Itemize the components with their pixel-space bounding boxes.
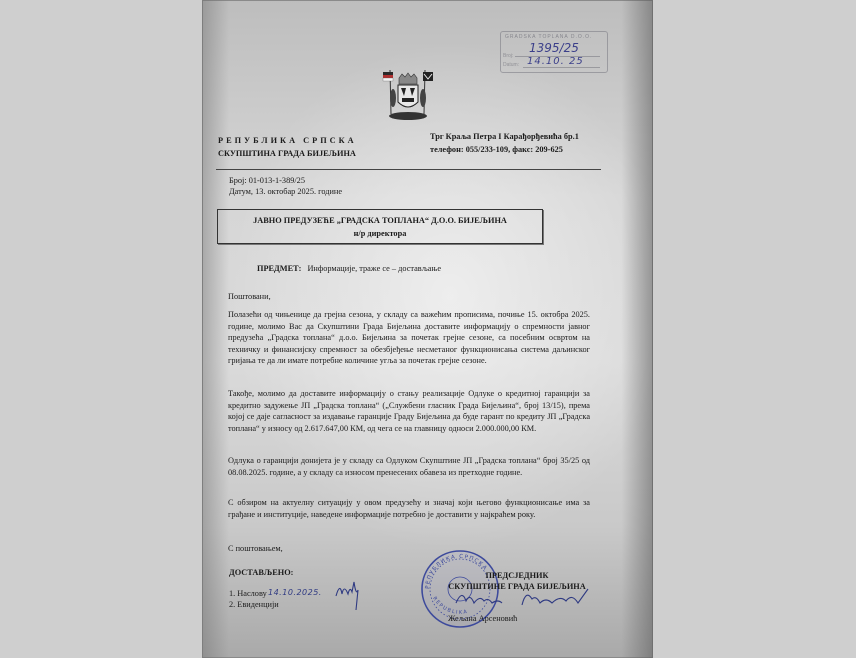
subject-line: ПРЕДМЕТ:Информације, тражe се – доставља…	[257, 264, 441, 273]
subject-text: Информације, тражe се – достављање	[307, 264, 441, 273]
signatory-name: Жељана Арсеновић	[448, 614, 517, 623]
assembly-name: СКУПШТИНА ГРАДА БИЈЕЉИНА	[218, 147, 357, 160]
handwritten-receipt-date: 14.10.2025.	[268, 588, 322, 597]
paragraph-4: С обзиром на актуелну ситуацију у овом п…	[228, 497, 590, 520]
greeting: Поштовани,	[228, 291, 590, 303]
stamp-line	[523, 67, 600, 68]
stamp-date-label: Datum:	[503, 62, 519, 68]
distribution-label: ДОСТАВЉЕНО:	[229, 568, 293, 577]
header-divider	[216, 169, 601, 170]
closing: С поштовањем,	[228, 543, 590, 555]
stamp-number: 1395/25	[529, 41, 579, 55]
letter-page: GRADSKA TOPLANA D.O.O. Broj: Datum: 1395…	[202, 0, 653, 658]
paragraph-1: Полазећи од чињенице да грејна сезона, у…	[228, 309, 590, 367]
subject-label: ПРЕДМЕТ:	[257, 264, 301, 273]
letterhead-right: Трг Краља Петра I Карађорђевића бр.1 тел…	[430, 130, 579, 156]
coat-of-arms-icon	[382, 66, 434, 122]
letterhead-address: Трг Краља Петра I Карађорђевића бр.1	[430, 130, 579, 143]
stamp-date: 14.10. 25	[527, 56, 584, 67]
paragraph-3: Одлука о гаранцији донијета је у складу …	[228, 455, 590, 478]
letterhead-contact: телефон: 055/233-109, факс: 209-625	[430, 143, 579, 156]
recipient-attention: н/р директора	[218, 227, 542, 240]
document-date: Датум, 13. октобар 2025. године	[229, 186, 342, 197]
registration-stamp: GRADSKA TOPLANA D.O.O. Broj: Datum: 1395…	[500, 31, 608, 73]
republic-name: РЕПУБЛИКА СРПСКА	[218, 134, 357, 147]
stamp-organization: GRADSKA TOPLANA D.O.O.	[505, 34, 592, 40]
signatory-title: ПРЕДСЈЕДНИК	[427, 570, 607, 581]
distribution-item: 2. Евиденцији	[229, 599, 279, 610]
paragraph-2: Такође, молимо да доставите информацију …	[228, 388, 590, 434]
document-photo: GRADSKA TOPLANA D.O.O. Broj: Datum: 1395…	[202, 0, 653, 658]
handwritten-signature-icon	[452, 585, 602, 615]
recipient-box: ЈАВНО ПРЕДУЗЕЋЕ „ГРАДСКА ТОПЛАНА“ Д.О.О.…	[217, 209, 543, 244]
stamp-number-label: Broj:	[503, 53, 513, 59]
letterhead-left: РЕПУБЛИКА СРПСКА СКУПШТИНА ГРАДА БИЈЕЉИН…	[218, 134, 357, 160]
document-meta: Број: 01-013-1-389/25 Датум, 13. октобар…	[229, 175, 342, 197]
document-number: Број: 01-013-1-389/25	[229, 175, 342, 186]
recipient-name: ЈАВНО ПРЕДУЗЕЋЕ „ГРАДСКА ТОПЛАНА“ Д.О.О.…	[218, 214, 542, 227]
handwritten-initials-icon	[332, 576, 372, 612]
